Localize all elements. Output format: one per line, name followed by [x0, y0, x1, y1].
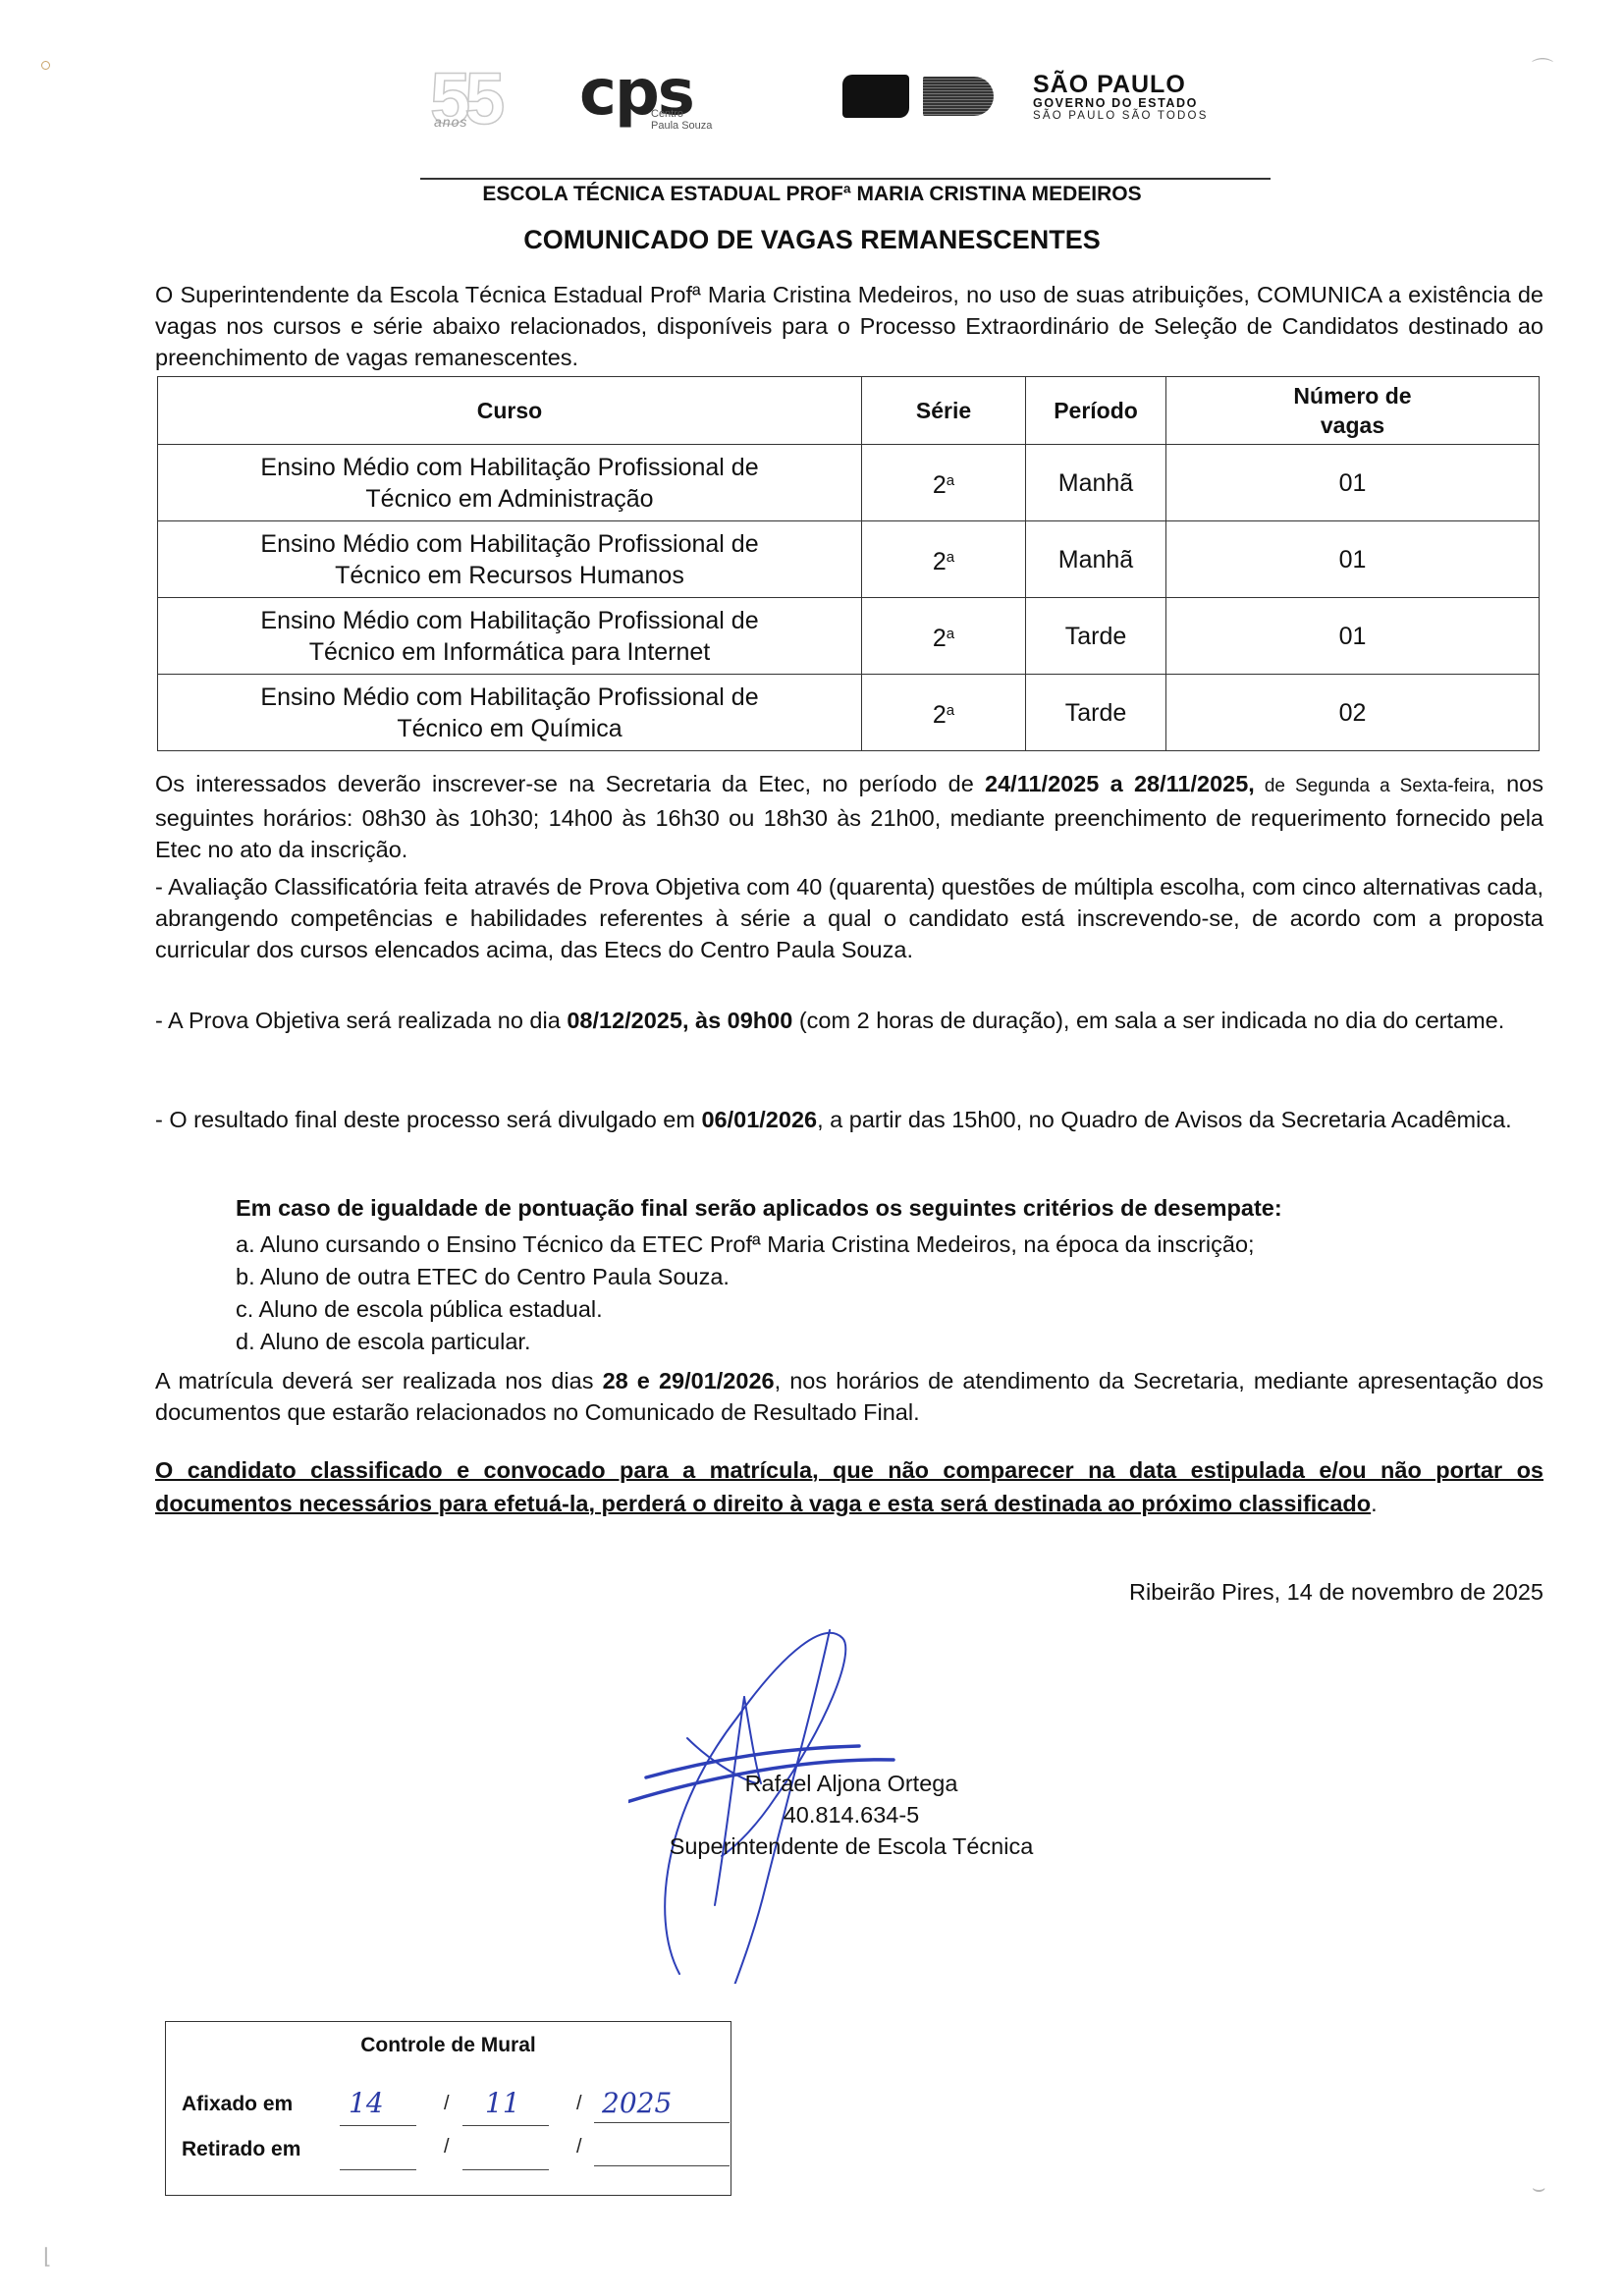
- curso-line1: Ensino Médio com Habilitação Profissiona…: [166, 528, 853, 560]
- registration-text: Os interessados deverão inscrever-se na …: [155, 771, 985, 796]
- anniversary-word: anos: [434, 114, 467, 130]
- serie-value: 2: [933, 548, 947, 575]
- cell-serie: 2a: [862, 521, 1026, 598]
- sp-logo-s-shape: [842, 75, 909, 118]
- tiebreak-list: a. Aluno cursando o Ensino Técnico da ET…: [236, 1229, 1255, 1358]
- tiebreak-item: b. Aluno de outra ETEC do Centro Paula S…: [236, 1261, 1255, 1293]
- cell-periodo: Manhã: [1026, 521, 1166, 598]
- notice-end: .: [1371, 1491, 1378, 1516]
- cell-periodo: Tarde: [1026, 675, 1166, 751]
- exam-text: - A Prova Objetiva será realizada no dia: [155, 1008, 567, 1033]
- sao-paulo-government-wordmark: SÃO PAULO GOVERNO DO ESTADO SÃO PAULO SÃ…: [1033, 73, 1209, 123]
- header-serie: Série: [862, 377, 1026, 445]
- tiebreak-item: c. Aluno de escola pública estadual.: [236, 1293, 1255, 1326]
- exam-details: (com 2 horas de duração), em sala a ser …: [792, 1008, 1504, 1033]
- document-title: COMUNICADO DE VAGAS REMANESCENTES: [0, 225, 1624, 255]
- signatory-name: Rafael Aljona Ortega: [611, 1768, 1092, 1799]
- posted-year-value: 2025: [602, 2087, 672, 2119]
- result-details: , a partir das 15h00, no Quadro de Aviso…: [817, 1107, 1512, 1132]
- cell-vagas: 01: [1166, 598, 1540, 675]
- result-date: 06/01/2026: [701, 1107, 817, 1132]
- cell-curso: Ensino Médio com Habilitação Profissiona…: [158, 598, 862, 675]
- posted-day-value: 14: [349, 2087, 384, 2119]
- table-row: Ensino Médio com Habilitação Profissiona…: [158, 675, 1540, 751]
- cell-serie: 2a: [862, 675, 1026, 751]
- evaluation-paragraph: - Avaliação Classificatória feita atravé…: [155, 871, 1543, 965]
- cell-periodo: Tarde: [1026, 598, 1166, 675]
- signatory-block: Rafael Aljona Ortega 40.814.634-5 Superi…: [611, 1768, 1092, 1862]
- signatory-id: 40.814.634-5: [611, 1799, 1092, 1831]
- mural-control-box: Controle de Mural Afixado em 14 / 11 / 2…: [165, 2021, 731, 2196]
- posted-month-value: 11: [485, 2087, 520, 2119]
- header-divider: [420, 178, 1271, 180]
- serie-ordinal: a: [947, 549, 954, 566]
- curso-line2: Técnico em Informática para Internet: [166, 636, 853, 668]
- result-paragraph: - O resultado final deste processo será …: [155, 1104, 1543, 1135]
- serie-value: 2: [933, 701, 947, 729]
- header-numero-vagas: Número de vagas: [1166, 377, 1540, 445]
- registration-days: de Segunda a Sexta-feira,: [1255, 776, 1495, 796]
- header-numero-vagas-label: Número de vagas: [1289, 381, 1417, 440]
- cps-logo-subtitle: Centro Paula Souza: [651, 108, 712, 132]
- removed-year-line: [594, 2165, 730, 2166]
- sp-logo-p-shape: [923, 77, 994, 116]
- cell-serie: 2a: [862, 598, 1026, 675]
- tiebreak-item: a. Aluno cursando o Ensino Técnico da ET…: [236, 1229, 1255, 1261]
- table-row: Ensino Médio com Habilitação Profissiona…: [158, 521, 1540, 598]
- posted-month-line: [462, 2125, 549, 2126]
- date-separator: /: [576, 2093, 582, 2115]
- enrollment-text: A matrícula deverá ser realizada nos dia…: [155, 1368, 603, 1393]
- table-row: Ensino Médio com Habilitação Profissiona…: [158, 598, 1540, 675]
- cell-vagas: 01: [1166, 521, 1540, 598]
- removed-day-line: [340, 2169, 416, 2170]
- mural-control-title: Controle de Mural: [166, 2034, 731, 2057]
- table-header-row: Curso Série Período Número de vagas: [158, 377, 1540, 445]
- result-text: - O resultado final deste processo será …: [155, 1107, 701, 1132]
- curso-line1: Ensino Médio com Habilitação Profissiona…: [166, 452, 853, 483]
- serie-ordinal: a: [947, 472, 954, 489]
- scan-artifact-mark: ⌣: [1532, 2175, 1545, 2201]
- notice-underlined-text: O candidato classificado e convocado par…: [155, 1457, 1543, 1516]
- header-curso: Curso: [158, 377, 862, 445]
- curso-line1: Ensino Médio com Habilitação Profissiona…: [166, 682, 853, 713]
- sp-title: SÃO PAULO: [1033, 73, 1209, 96]
- posted-label: Afixado em: [182, 2093, 293, 2116]
- posted-day-line: [340, 2125, 416, 2126]
- important-notice: O candidato classificado e convocado par…: [155, 1453, 1543, 1520]
- serie-ordinal: a: [947, 702, 954, 719]
- centro-paula-souza-logo: cps Centro Paula Souza: [579, 67, 776, 136]
- serie-value: 2: [933, 471, 947, 499]
- vacancies-table: Curso Série Período Número de vagas Ensi…: [157, 376, 1540, 751]
- curso-line2: Técnico em Recursos Humanos: [166, 560, 853, 591]
- enrollment-paragraph: A matrícula deverá ser realizada nos dia…: [155, 1365, 1543, 1428]
- curso-line2: Técnico em Administração: [166, 483, 853, 515]
- header-periodo: Período: [1026, 377, 1166, 445]
- registration-period: 24/11/2025 a 28/11/2025,: [985, 771, 1255, 796]
- cell-curso: Ensino Médio com Habilitação Profissiona…: [158, 445, 862, 521]
- cps-subtitle-line2: Paula Souza: [651, 120, 712, 132]
- cell-curso: Ensino Médio com Habilitação Profissiona…: [158, 521, 862, 598]
- posted-year-line: [594, 2122, 730, 2123]
- intro-paragraph: O Superintendente da Escola Técnica Esta…: [155, 279, 1543, 373]
- curso-line2: Técnico em Química: [166, 713, 853, 744]
- sp-slogan: SÃO PAULO SÃO TODOS: [1033, 110, 1209, 123]
- table-row: Ensino Médio com Habilitação Profissiona…: [158, 445, 1540, 521]
- curso-line1: Ensino Médio com Habilitação Profissiona…: [166, 605, 853, 636]
- removed-month-line: [462, 2169, 549, 2170]
- cell-vagas: 02: [1166, 675, 1540, 751]
- tiebreak-item: d. Aluno de escola particular.: [236, 1326, 1255, 1358]
- exam-paragraph: - A Prova Objetiva será realizada no dia…: [155, 1005, 1543, 1036]
- cell-periodo: Manhã: [1026, 445, 1166, 521]
- date-separator: /: [576, 2136, 582, 2158]
- cell-curso: Ensino Médio com Habilitação Profissiona…: [158, 675, 862, 751]
- serie-ordinal: a: [947, 626, 954, 642]
- removed-label: Retirado em: [182, 2138, 300, 2161]
- cell-vagas: 01: [1166, 445, 1540, 521]
- scan-artifact-mark: ⌊: [43, 2244, 52, 2269]
- sao-paulo-sp-logo-icon: [842, 75, 995, 120]
- scan-artifact-mark: ⌒: [1532, 53, 1553, 83]
- cps-subtitle-line1: Centro: [651, 108, 712, 120]
- serie-value: 2: [933, 625, 947, 652]
- cell-serie: 2a: [862, 445, 1026, 521]
- school-name: ESCOLA TÉCNICA ESTADUAL PROFª MARIA CRIS…: [0, 183, 1624, 206]
- enrollment-dates: 28 e 29/01/2026: [603, 1368, 775, 1393]
- scan-artifact-dot: [41, 61, 50, 70]
- registration-paragraph: Os interessados deverão inscrever-se na …: [155, 768, 1543, 865]
- sp-subtitle: GOVERNO DO ESTADO: [1033, 96, 1209, 110]
- anniversary-55-logo: 55 anos: [430, 71, 577, 134]
- signatory-role: Superintendente de Escola Técnica: [611, 1831, 1092, 1862]
- date-separator: /: [444, 2093, 450, 2115]
- exam-date: 08/12/2025, às 09h00: [567, 1008, 792, 1033]
- tiebreak-heading: Em caso de igualdade de pontuação final …: [236, 1195, 1282, 1222]
- date-separator: /: [444, 2136, 450, 2158]
